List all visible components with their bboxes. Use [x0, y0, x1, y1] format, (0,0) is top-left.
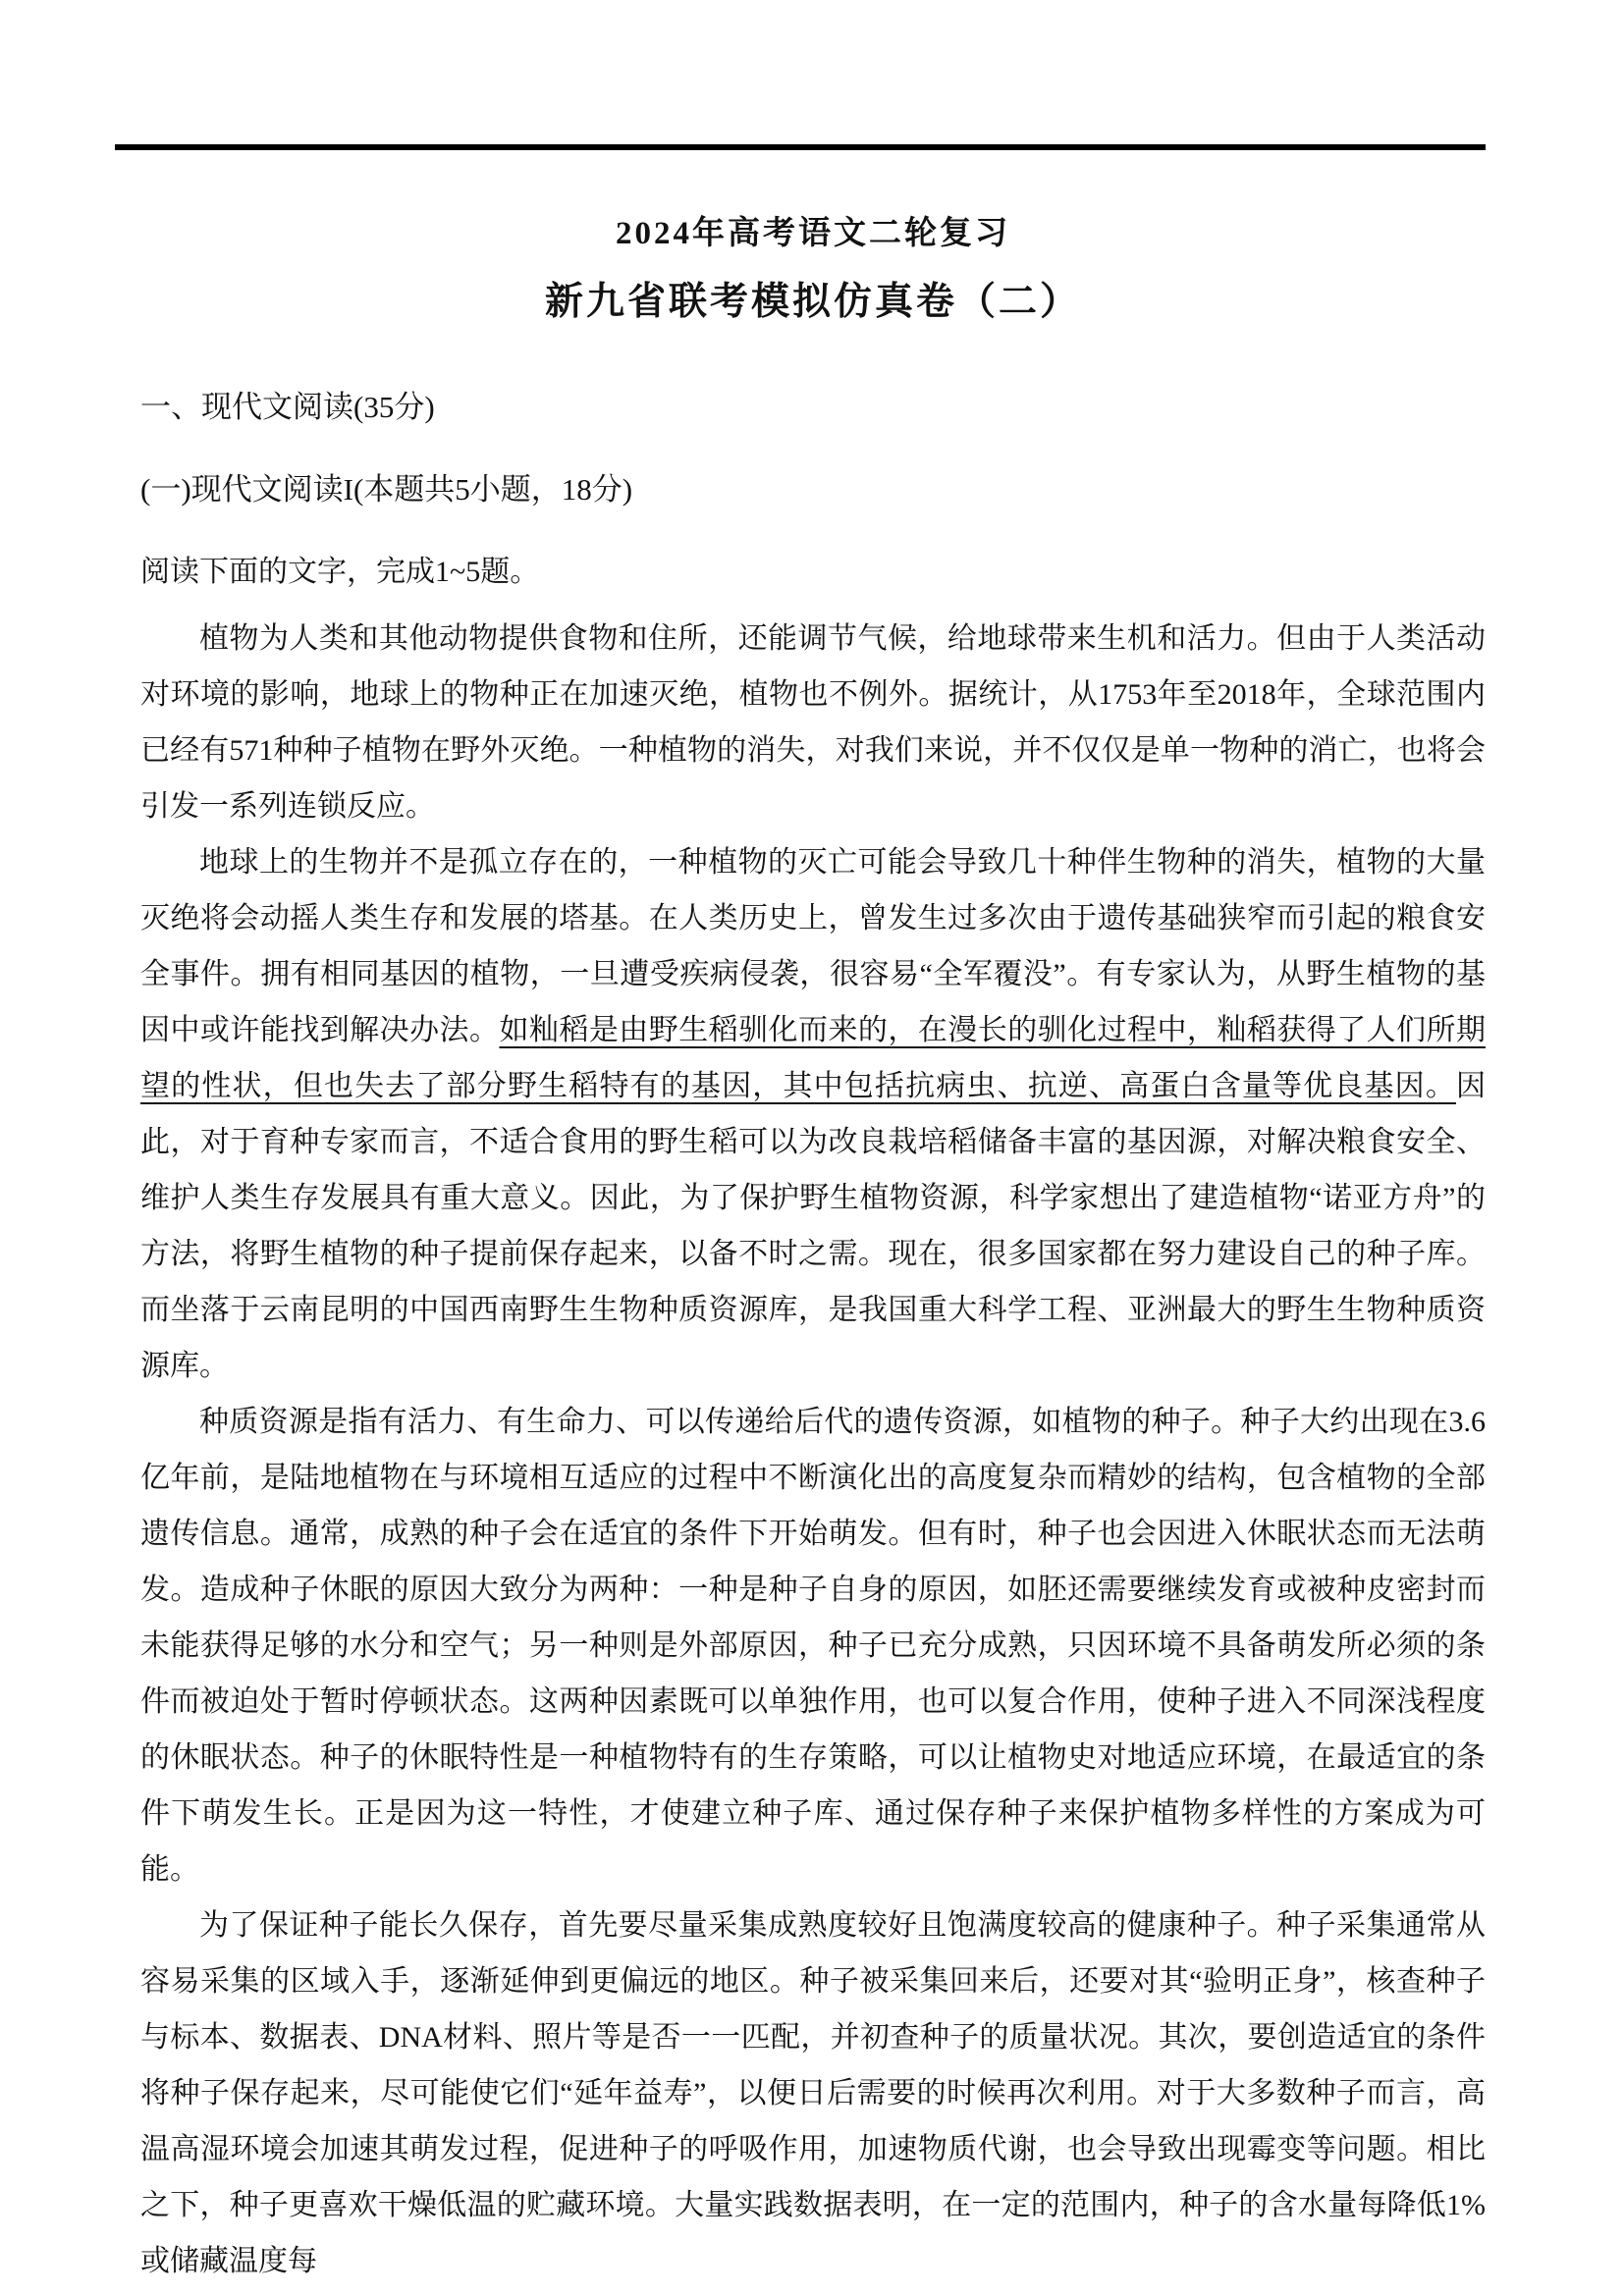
paragraph-3: 种质资源是指有活力、有生命力、可以传递给后代的遗传资源，如植物的种子。种子大约出… [140, 1394, 1486, 1897]
paragraph-1-text: 植物为人类和其他动物提供食物和住所，还能调节气候，给地球带来生机和活力。但由于人… [140, 622, 1486, 823]
reading-passage: 植物为人类和其他动物提供食物和住所，还能调节气候，给地球带来生机和活力。但由于人… [140, 611, 1486, 2289]
page-title: 2024年高考语文二轮复习 [140, 216, 1486, 253]
paragraph-1: 植物为人类和其他动物提供食物和住所，还能调节气候，给地球带来生机和活力。但由于人… [140, 611, 1486, 834]
paragraph-2: 地球上的生物并不是孤立存在的，一种植物的灭亡可能会导致几十种伴生物种的消失，植物… [140, 834, 1486, 1394]
paragraph-4: 为了保证种子能长久保存，首先要尽量采集成熟度较好且饱满度较高的健康种子。种子采集… [140, 1897, 1486, 2289]
top-divider-rule [115, 144, 1486, 150]
exam-paper-page: 2024年高考语文二轮复习 新九省联考模拟仿真卷（二） 一、现代文阅读(35分)… [0, 0, 1624, 2296]
reading-instruction: 阅读下面的文字，完成1~5题。 [140, 553, 1486, 591]
section-heading: 一、现代文阅读(35分) [140, 388, 1486, 427]
paragraph-3-text: 种质资源是指有活力、有生命力、可以传递给后代的遗传资源，如植物的种子。种子大约出… [140, 1406, 1486, 1886]
paragraph-4-text: 为了保证种子能长久保存，首先要尽量采集成熟度较好且饱满度较高的健康种子。种子采集… [140, 1909, 1486, 2277]
subsection-heading: (一)现代文阅读I(本题共5小题，18分) [140, 470, 1486, 509]
paragraph-2-text-after-underline: 因此，对于育种专家而言，不适合食用的野生稻可以为改良栽培稻储备丰富的基因源，对解… [140, 1070, 1486, 1382]
page-subtitle: 新九省联考模拟仿真卷（二） [140, 281, 1486, 325]
